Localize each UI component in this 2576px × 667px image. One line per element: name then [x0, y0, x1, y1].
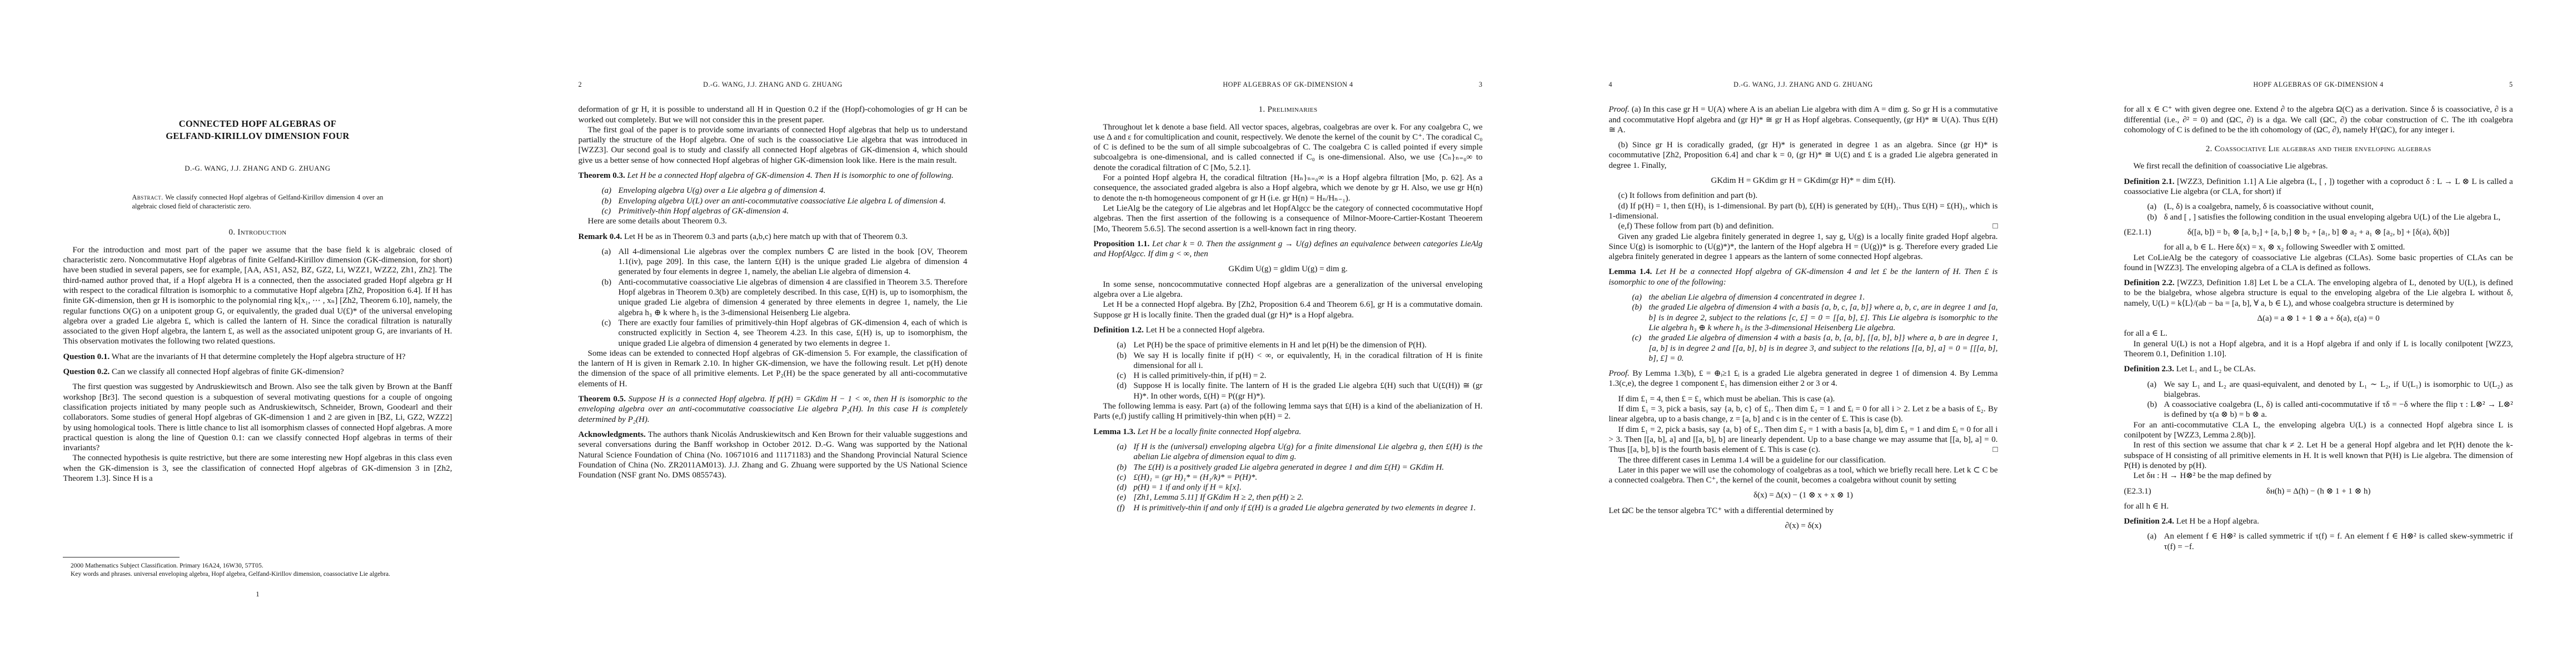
theorem-label: Lemma 1.3.	[1094, 427, 1135, 436]
list-item: (b)The £(H) is a positively graded Lie a…	[1094, 462, 1483, 472]
item-text: H is primitively-thin if and only if £(H…	[1134, 504, 1476, 512]
running-title: D.-G. WANG, J.J. ZHANG AND G. ZHUANG	[1642, 79, 1965, 89]
paragraph-text: For an anti-cocommutative CLA L, the env…	[2124, 421, 2513, 440]
item-text: δ and [ , ] satisfies the following cond…	[2164, 213, 2501, 222]
paragraph: In general U(L) is not a Hopf algebra, a…	[2124, 339, 2513, 360]
paragraph-text: The three different cases in Lemma 1.4 w…	[1618, 456, 1886, 465]
text-column: HOPF ALGEBRAS OF GK-DIMENSION 431. Preli…	[1094, 0, 1483, 513]
paragraph: If dim £₁ = 3, pick a basis, say {a, b, …	[1609, 404, 1998, 425]
item-text: Primitively-thin Hopf algebras of GK-dim…	[619, 207, 789, 216]
paragraph-text: The first question was suggested by Andr…	[63, 382, 452, 452]
item-label: (c)	[1117, 472, 1127, 482]
paragraph: In rest of this section we assume that c…	[2124, 440, 2513, 471]
paragraph: deformation of gr H, it is possible to u…	[579, 104, 968, 125]
equation-tag: (E2.1.1)	[2124, 227, 2151, 237]
paragraph: Later in this paper we will use the coho…	[1609, 465, 1998, 486]
text-column: 2D.-G. WANG, J.J. ZHANG AND G. ZHUANGdef…	[579, 0, 968, 480]
item-text: [Zh1, Lemma 5.11] If GKdim H ≥ 2, then p…	[1134, 493, 1304, 502]
item-text: Let P(H) be the space of primitive eleme…	[1134, 341, 1427, 350]
theorem-label: Question 0.1.	[63, 352, 110, 361]
list-item: (a)An element f ∈ H⊗² is called symmetri…	[2124, 531, 2513, 552]
item-label: (c)	[1117, 371, 1127, 381]
equation-text: GKdim H = GKdim gr H = GKdim(gr H)* = di…	[1711, 176, 1895, 185]
page-number: 1	[0, 590, 515, 599]
paragraph: for all a ∈ L.	[2124, 328, 2513, 339]
section-heading: 2. Coassociative Lie algebras and their …	[2124, 144, 2513, 154]
page-4: 4D.-G. WANG, J.J. ZHANG AND G. ZHUANGPro…	[1546, 0, 2061, 667]
equation: ∂(x) = δ(x)	[1609, 521, 1998, 531]
list-item: (e)[Zh1, Lemma 5.11] If GKdim H ≥ 2, the…	[1094, 492, 1483, 502]
item-text: We say H is locally finite if p(H) < ∞, …	[1134, 351, 1483, 370]
paragraph-text: The following lemma is easy. Part (a) of…	[1094, 402, 1483, 421]
abstract-label: Abstract.	[132, 193, 163, 201]
item-label: (c)	[602, 318, 611, 328]
list-item: (b)We say H is locally finite if p(H) < …	[1094, 351, 1483, 371]
paragraph: (d) If p(H) = 1, then £(H)₁ is 1-dimensi…	[1609, 201, 1998, 222]
running-title: D.-G. WANG, J.J. ZHANG AND G. ZHUANG	[612, 79, 934, 89]
paragraph-text: Let CoLieAlg be the category of coassoci…	[2124, 253, 2513, 272]
theorem-label: Theorem 0.5.	[579, 395, 626, 404]
paper-title: CONNECTED HOPF ALGEBRAS OF GELFAND-KIRIL…	[63, 118, 452, 142]
paragraph: The three different cases in Lemma 1.4 w…	[1609, 455, 1998, 465]
page-1: CONNECTED HOPF ALGEBRAS OF GELFAND-KIRIL…	[0, 0, 515, 667]
item-text: Anti-cocommutative coassociative Lie alg…	[619, 278, 968, 317]
item-label: (b)	[2148, 212, 2158, 222]
paragraph: for all x ∈ C⁺ with given degree one. Ex…	[2124, 104, 2513, 135]
paragraph-text: In general U(L) is not a Hopf algebra, a…	[2124, 340, 2513, 359]
theorem-block: Definition 1.2. Let H be a connected Hop…	[1094, 325, 1483, 335]
paragraph-text: If dim £₁ = 4, then £ = £₁ which must be…	[1618, 395, 1835, 404]
equation: (E2.3.1)δʜ(h) = Δ(h) − (h ⊗ 1 + 1 ⊗ h)	[2124, 486, 2513, 496]
item-text: Enveloping algebra U(L) over an anti-coc…	[619, 197, 946, 206]
item-label: (b)	[2148, 400, 2158, 410]
section-heading: 0. Introduction	[63, 227, 452, 237]
theorem-label: Question 0.2.	[63, 367, 110, 376]
item-label: (a)	[602, 186, 612, 196]
paragraph-text: for all a, b ∈ L. Here δ(x) = x₁ ⊗ x₂ fo…	[2164, 243, 2405, 252]
paragraph-text: for all x ∈ C⁺ with given degree one. Ex…	[2124, 105, 2513, 135]
paragraph: The connected hypothesis is quite restri…	[63, 453, 452, 484]
paragraph-text: (a) In this case gr H = U(A) where A is …	[1609, 105, 1998, 135]
theorem-label: Acknowledgments.	[579, 430, 646, 439]
theorem-label: Theorem 0.3.	[579, 171, 625, 180]
list-item: (a)the abelian Lie algebra of dimension …	[1609, 292, 1998, 302]
theorem-label: Definition 2.3.	[2124, 365, 2174, 374]
paragraph: The first goal of the paper is to provid…	[579, 125, 968, 166]
paragraph: (b) Since gr H is coradically graded, (g…	[1609, 140, 1998, 171]
paragraph-text: Let δʜ : H → H⊗² be the map defined by	[2134, 471, 2272, 480]
item-text: A coassociative coalgebra (L, δ) is call…	[2164, 400, 2513, 419]
item-label: (d)	[1117, 381, 1127, 391]
item-label: (a)	[1117, 442, 1127, 452]
paragraph-text: (d) If p(H) = 1, then £(H)₁ is 1-dimensi…	[1609, 202, 1998, 221]
running-header: HOPF ALGEBRAS OF GK-DIMENSION 45	[2124, 79, 2513, 89]
item-text: If H is the (universal) enveloping algeb…	[1134, 442, 1483, 461]
paragraph-text: Let H be a connected Hopf algebra of GK-…	[1609, 267, 1998, 286]
theorem-label: Definition 2.1.	[2124, 177, 2175, 186]
page-2: 2D.-G. WANG, J.J. ZHANG AND G. ZHUANGdef…	[515, 0, 1030, 667]
theorem-label: Remark 0.4.	[579, 232, 622, 241]
item-text: (L, δ) is a coalgebra, namely, δ is coas…	[2164, 202, 2374, 211]
item-text: £(H)₁ = (gr H)₁* = (H₁/k)* = P(H)*.	[1134, 473, 1258, 482]
paragraph-text: In rest of this section we assume that c…	[2124, 441, 2513, 470]
equation-text: δ(x) = Δ(x) − (1 ⊗ x + x ⊗ 1)	[1753, 491, 1853, 500]
equation-text: δʜ(h) = Δ(h) − (h ⊗ 1 + 1 ⊗ h)	[2266, 487, 2371, 496]
theorem-label: Definition 2.4.	[2124, 517, 2174, 526]
item-label: (a)	[2148, 531, 2157, 541]
item-label: (a)	[1117, 340, 1127, 350]
equation-tag: (E2.3.1)	[2124, 486, 2151, 496]
paragraph: Here are some details about Theorem 0.3.	[579, 216, 968, 226]
paragraph-text: The connected hypothesis is quite restri…	[63, 454, 452, 483]
qed-box: □	[1983, 445, 1997, 455]
list-item: (a)If H is the (universal) enveloping al…	[1094, 442, 1483, 462]
proof-label: Proof.	[1609, 369, 1630, 378]
item-label: (c)	[1632, 333, 1642, 343]
paragraph-text: Let ΩC be the tensor algebra TC⁺ with a …	[1609, 506, 1834, 515]
theorem-block: Definition 2.3. Let L₁ and L₂ be CLAs.	[2124, 364, 2513, 374]
paragraph-text: Let H be a connected Hopf algebra. By [Z…	[1094, 300, 1483, 319]
paragraph: For the introduction and most part of th…	[63, 245, 452, 347]
list-item: (b)Enveloping algebra U(L) over an anti-…	[579, 196, 968, 206]
item-label: (e)	[1117, 492, 1127, 502]
list-item: (a)All 4-dimensional Lie algebras over t…	[579, 247, 968, 277]
paragraph-text: for all a ∈ L.	[2124, 329, 2168, 338]
theorem-block: Theorem 0.3. Let H be a connected Hopf a…	[579, 171, 968, 181]
paragraph: (c) It follows from definition and part …	[1609, 191, 1998, 201]
qed-box: □	[1983, 221, 1997, 231]
theorem-block: Definition 2.1. [WZZ3, Definition 1.1] A…	[2124, 177, 2513, 197]
equation-text: ∂(x) = δ(x)	[1785, 521, 1821, 530]
paragraph-text: For the introduction and most part of th…	[63, 246, 452, 346]
equation: Δ(a) = a ⊗ 1 + 1 ⊗ a + δ(a), ε(a) = 0	[2124, 313, 2513, 323]
footnote: 2000 Mathematics Subject Classification.…	[63, 561, 452, 570]
paragraph-text: We first recall the definition of coasso…	[2134, 162, 2328, 171]
item-label: (b)	[1117, 462, 1127, 472]
paragraph-text: Given any graded Lie algebra finitely ge…	[1609, 232, 1998, 262]
list-item: (b)δ and [ , ] satisfies the following c…	[2124, 212, 2513, 222]
paragraph-text: Let char k = 0. Then the assignment g → …	[1094, 240, 1483, 258]
footnote-rule	[63, 557, 180, 558]
paragraph: If dim £₁ = 2, pick a basis, say {a, b} …	[1609, 425, 1998, 455]
running-header: 2D.-G. WANG, J.J. ZHANG AND G. ZHUANG	[579, 79, 968, 89]
page-number-left	[2124, 79, 2158, 89]
paragraph: for all a, b ∈ L. Here δ(x) = x₁ ⊗ x₂ fo…	[2124, 242, 2513, 252]
page-number-right: 5	[2480, 79, 2513, 89]
page-number-left	[1094, 79, 1127, 89]
theorem-label: Definition 1.2.	[1094, 326, 1144, 335]
list-item: (f)H is primitively-thin if and only if …	[1094, 503, 1483, 513]
list-item: (a)We say L₁ and L₂ are quasi-equivalent…	[2124, 380, 2513, 400]
paragraph-text: What are the invariants of H that determ…	[112, 352, 406, 361]
paragraph: In some sense, noncocommutative connecte…	[1094, 280, 1483, 300]
list-item: (b)A coassociative coalgebra (L, δ) is c…	[2124, 400, 2513, 420]
paragraph: The following lemma is easy. Part (a) of…	[1094, 401, 1483, 422]
running-header: 4D.-G. WANG, J.J. ZHANG AND G. ZHUANG	[1609, 79, 1998, 89]
page-5: HOPF ALGEBRAS OF GK-DIMENSION 45for all …	[2061, 0, 2576, 667]
item-text: H is called primitively-thin, if p(H) = …	[1134, 371, 1267, 380]
equation: (E2.1.1)δ([a, b]) = b₁ ⊗ [a, b₂] + [a, b…	[2124, 227, 2513, 237]
paragraph: Let δʜ : H → H⊗² be the map defined by	[2124, 471, 2513, 481]
page-number-right	[934, 79, 968, 89]
item-label: (a)	[602, 247, 611, 257]
item-text: All 4-dimensional Lie algebras over the …	[619, 247, 968, 277]
theorem-label: Definition 2.2.	[2124, 278, 2175, 287]
list-item: (a)(L, δ) is a coalgebra, namely, δ is c…	[2124, 202, 2513, 212]
running-title: HOPF ALGEBRAS OF GK-DIMENSION 4	[1127, 79, 1449, 89]
theorem-label: Proposition 1.1.	[1094, 240, 1150, 248]
theorem-label: Lemma 1.4.	[1609, 267, 1652, 276]
item-label: (a)	[2148, 380, 2157, 390]
proof-block: Proof. By Lemma 1.3(b), £ = ⊕ᵢ≥1 £ᵢ is a…	[1609, 369, 1998, 389]
theorem-block: Question 0.2. Can we classify all connec…	[63, 367, 452, 377]
item-text: p(H) = 1 if and only if H = k[x].	[1134, 483, 1242, 492]
paragraph: For a pointed Hopf algebra H, the coradi…	[1094, 173, 1483, 203]
list-item: (a)Enveloping algebra U(g) over a Lie al…	[579, 186, 968, 196]
list-item: (d)Suppose H is locally finite. The lant…	[1094, 381, 1483, 401]
paragraph: The first question was suggested by Andr…	[63, 382, 452, 453]
theorem-block: Definition 2.2. [WZZ3, Definition 1.8] L…	[2124, 278, 2513, 308]
page-number-left: 4	[1609, 79, 1642, 89]
item-label: (a)	[1632, 292, 1642, 302]
list-item: (c)H is called primitively-thin, if p(H)…	[1094, 371, 1483, 381]
item-text: We say L₁ and L₂ are quasi-equivalent, a…	[2164, 380, 2513, 399]
page-3: HOPF ALGEBRAS OF GK-DIMENSION 431. Preli…	[1030, 0, 1546, 667]
paragraph-text: for all h ∈ H.	[2124, 502, 2169, 511]
item-text: Suppose H is locally finite. The lantern…	[1134, 381, 1483, 400]
theorem-block: Theorem 0.5. Suppose H is a connected Ho…	[579, 394, 968, 425]
item-label: (b)	[602, 196, 612, 206]
theorem-block: Question 0.1. What are the invariants of…	[63, 352, 452, 362]
equation-text: GKdim U(g) = gldim U(g) = dim g.	[1228, 265, 1347, 273]
running-title: HOPF ALGEBRAS OF GK-DIMENSION 4	[2158, 79, 2480, 89]
item-label: (d)	[1117, 482, 1127, 492]
equation: δ(x) = Δ(x) − (1 ⊗ x + x ⊗ 1)	[1609, 490, 1998, 500]
theorem-block: Proposition 1.1. Let char k = 0. Then th…	[1094, 239, 1483, 260]
list-item: (c)the graded Lie algebra of dimension 4…	[1609, 333, 1998, 364]
item-label: (b)	[1632, 302, 1642, 312]
paragraph-text: For a pointed Hopf algebra H, the coradi…	[1094, 173, 1483, 203]
paragraph-text: [WZZ3, Definition 1.8] Let L be a CLA. T…	[2124, 278, 2513, 308]
page-number-right: 3	[1449, 79, 1483, 89]
item-text: An element f ∈ H⊗² is called symmetric i…	[2164, 532, 2513, 551]
text-column: CONNECTED HOPF ALGEBRAS OF GELFAND-KIRIL…	[63, 0, 452, 484]
paragraph-text: [WZZ3, Definition 1.1] A Lie algebra (L,…	[2124, 177, 2513, 196]
paragraph-text: (b) Since gr H is coradically graded, (g…	[1609, 141, 1998, 170]
list-item: (d)p(H) = 1 if and only if H = k[x].	[1094, 482, 1483, 492]
footnote-block: 2000 Mathematics Subject Classification.…	[63, 557, 452, 578]
paragraph-text: (e,f) These follow from part (b) and def…	[1618, 222, 1774, 231]
paragraph: Let LieAlg be the category of Lie algebr…	[1094, 203, 1483, 234]
item-text: the graded Lie algebra of dimension 4 wi…	[1649, 303, 1998, 332]
item-text: the abelian Lie algebra of dimension 4 c…	[1649, 293, 1865, 302]
theorem-block: Acknowledgments. The authors thank Nicol…	[579, 430, 968, 480]
paragraph: Given any graded Lie algebra finitely ge…	[1609, 232, 1998, 262]
footnote: Key words and phrases. universal envelop…	[63, 570, 452, 578]
paragraph-text: Let H be a connected Hopf algebra of GK-…	[627, 171, 954, 180]
running-header: HOPF ALGEBRAS OF GK-DIMENSION 43	[1094, 79, 1483, 89]
paragraph: (e,f) These follow from part (b) and def…	[1609, 221, 1998, 231]
paragraph: Let CoLieAlg be the category of coassoci…	[2124, 253, 2513, 273]
authors-line: D.-G. WANG, J.J. ZHANG AND G. ZHUANG	[63, 163, 452, 173]
paragraph: We first recall the definition of coasso…	[2124, 161, 2513, 171]
paragraph-text: Some ideas can be extended to connected …	[579, 349, 968, 389]
paragraph-text: Throughout let k denote a base field. Al…	[1094, 123, 1483, 172]
equation: GKdim U(g) = gldim U(g) = dim g.	[1094, 264, 1483, 274]
paragraph-text: Let H be a connected Hopf algebra.	[1146, 326, 1265, 335]
list-item: (a)Let P(H) be the space of primitive el…	[1094, 340, 1483, 350]
item-text: The £(H) is a positively graded Lie alge…	[1134, 463, 1444, 472]
item-text: the graded Lie algebra of dimension 4 wi…	[1649, 333, 1998, 363]
theorem-block: Lemma 1.3. Let H be a locally finite con…	[1094, 427, 1483, 437]
equation-text: δ([a, b]) = b₁ ⊗ [a, b₂] + [a, b₁] ⊗ b₂ …	[2188, 228, 2449, 237]
paragraph-text: Let H be as in Theorem 0.3 and parts (a,…	[624, 232, 908, 241]
paragraph-text: Later in this paper we will use the coho…	[1609, 466, 1998, 485]
list-item: (b)Anti-cocommutative coassociative Lie …	[579, 277, 968, 318]
item-text: There are exactly four families of primi…	[619, 318, 968, 348]
paragraph-text: If dim £₁ = 2, pick a basis, say {a, b} …	[1609, 425, 1998, 455]
paragraph: If dim £₁ = 4, then £ = £₁ which must be…	[1609, 394, 1998, 404]
item-label: (f)	[1117, 503, 1125, 513]
item-text: Enveloping algebra U(g) over a Lie algeb…	[619, 186, 826, 195]
paragraph-text: Let H be a Hopf algebra.	[2176, 517, 2259, 526]
text-column: 4D.-G. WANG, J.J. ZHANG AND G. ZHUANGPro…	[1609, 0, 1998, 531]
paragraph-text: Let LieAlg be the category of Lie algebr…	[1094, 204, 1483, 233]
list-item: (c)Primitively-thin Hopf algebras of GK-…	[579, 206, 968, 216]
document-canvas: arXiv:1302.2270v1 [math.RA] 9 Feb 2013 C…	[0, 0, 2576, 667]
paragraph-text: In some sense, noncocommutative connecte…	[1094, 280, 1483, 299]
theorem-block: Definition 2.4. Let H be a Hopf algebra.	[2124, 516, 2513, 526]
page-number-right	[1965, 79, 1998, 89]
paragraph-text: Let L₁ and L₂ be CLAs.	[2176, 365, 2256, 374]
list-item: (c)£(H)₁ = (gr H)₁* = (H₁/k)* = P(H)*.	[1094, 472, 1483, 482]
paragraph-text: By Lemma 1.3(b), £ = ⊕ᵢ≥1 £ᵢ is a graded…	[1609, 369, 1998, 388]
text-column: HOPF ALGEBRAS OF GK-DIMENSION 45for all …	[2124, 0, 2513, 552]
equation-text: Δ(a) = a ⊗ 1 + 1 ⊗ a + δ(a), ε(a) = 0	[2257, 314, 2379, 323]
paragraph-text: Here are some details about Theorem 0.3.	[588, 217, 727, 226]
paragraph-text: If dim £₁ = 3, pick a basis, say {a, b, …	[1609, 405, 1998, 424]
item-label: (b)	[1117, 351, 1127, 361]
item-label: (a)	[2148, 202, 2157, 212]
theorem-block: Lemma 1.4. Let H be a connected Hopf alg…	[1609, 267, 1998, 287]
page-number-left: 2	[579, 79, 612, 89]
item-label: (c)	[602, 206, 611, 216]
proof-block: Proof. (a) In this case gr H = U(A) wher…	[1609, 104, 1998, 135]
equation: GKdim H = GKdim gr H = GKdim(gr H)* = di…	[1609, 176, 1998, 186]
paragraph: Some ideas can be extended to connected …	[579, 349, 968, 389]
paragraph: Throughout let k denote a base field. Al…	[1094, 122, 1483, 173]
paragraph-text: (c) It follows from definition and part …	[1618, 191, 1758, 200]
paragraph-text: Let H be a locally finite connected Hopf…	[1138, 427, 1302, 436]
item-label: (b)	[602, 277, 612, 287]
paragraph-text: Can we classify all connected Hopf algeb…	[112, 367, 344, 376]
section-heading: 1. Preliminaries	[1094, 104, 1483, 115]
paragraph-text: Suppose H is a connected Hopf algebra. I…	[579, 395, 968, 424]
paragraph: For an anti-cocommutative CLA L, the env…	[2124, 420, 2513, 441]
list-item: (c)There are exactly four families of pr…	[579, 318, 968, 349]
theorem-block: Remark 0.4. Let H be as in Theorem 0.3 a…	[579, 232, 968, 242]
proof-label: Proof.	[1609, 105, 1630, 114]
paragraph: Let H be a connected Hopf algebra. By [Z…	[1094, 300, 1483, 320]
paragraph: for all h ∈ H.	[2124, 501, 2513, 511]
paragraph-text: The first goal of the paper is to provid…	[579, 126, 968, 165]
abstract-text: We classify connected Hopf algebras of G…	[132, 193, 383, 210]
paragraph: Let ΩC be the tensor algebra TC⁺ with a …	[1609, 506, 1998, 516]
abstract: Abstract. We classify connected Hopf alg…	[132, 193, 383, 211]
list-item: (b)the graded Lie algebra of dimension 4…	[1609, 302, 1998, 333]
paragraph-text: deformation of gr H, it is possible to u…	[579, 105, 968, 124]
